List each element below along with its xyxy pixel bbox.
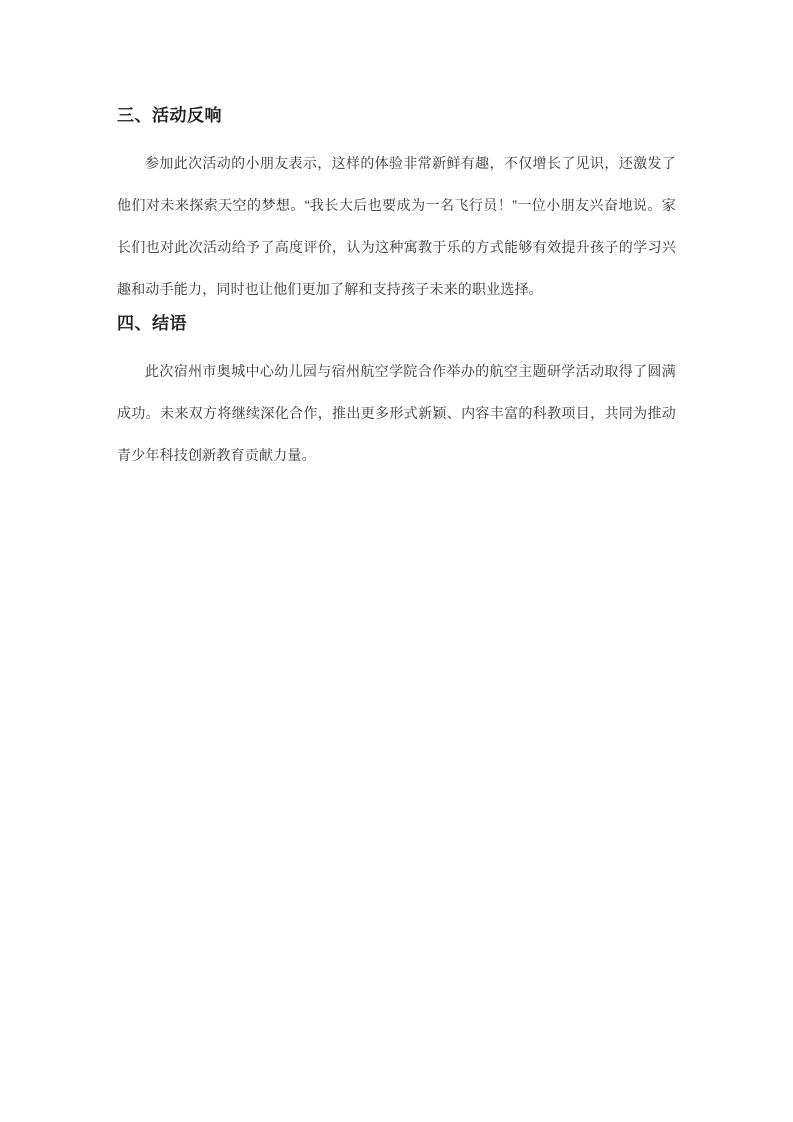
section-heading-activity-response: 三、活动反响 (117, 104, 676, 128)
document-content: 三、活动反响 参加此次活动的小朋友表示，这样的体验非常新鲜有趣，不仅增长了见识，… (0, 0, 793, 476)
section-activity-response: 三、活动反响 参加此次活动的小朋友表示，这样的体验非常新鲜有趣，不仅增长了见识，… (117, 104, 676, 310)
document-page: 三、活动反响 参加此次活动的小朋友表示，这样的体验非常新鲜有趣，不仅增长了见识，… (0, 0, 793, 1122)
body-paragraph: 参加此次活动的小朋友表示，这样的体验非常新鲜有趣，不仅增长了见识，还激发了他们对… (117, 142, 676, 310)
body-paragraph: 此次宿州市奥城中心幼儿园与宿州航空学院合作举办的航空主题研学活动取得了圆满成功。… (117, 350, 676, 476)
section-heading-conclusion: 四、结语 (117, 312, 676, 336)
section-conclusion: 四、结语 此次宿州市奥城中心幼儿园与宿州航空学院合作举办的航空主题研学活动取得了… (117, 312, 676, 476)
